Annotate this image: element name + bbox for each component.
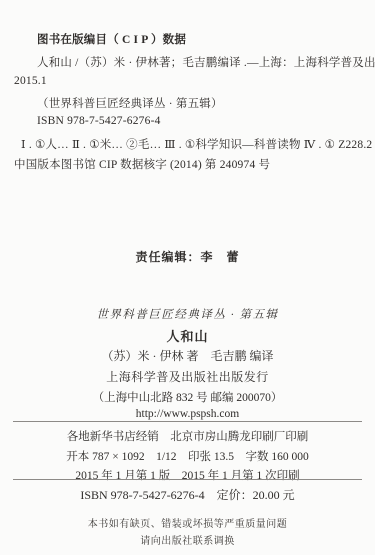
publisher-url: http://www.pspsh.com bbox=[0, 408, 375, 420]
cip-classification: Ⅰ . ①人… Ⅱ . ①米… ②毛… Ⅲ . ①科学知识—科普读物 Ⅳ . ①… bbox=[14, 136, 369, 152]
divider-top bbox=[13, 421, 362, 422]
cip-catalog-year: 2015.1 bbox=[14, 75, 369, 87]
cip-catalog-line: 人和山 /（苏）米 · 伊林著；毛吉鹏编译 .—上海：上海科学普及出版社， bbox=[14, 54, 369, 70]
quality-notice-line1: 本书如有缺页、错装或坏损等严重质量问题 bbox=[0, 515, 375, 530]
distribution-line: 各地新华书店经销 北京市房山腾龙印刷厂印刷 bbox=[0, 428, 375, 444]
cip-record-number: 中国版本图书馆 CIP 数据核字 (2014) 第 240974 号 bbox=[14, 156, 369, 172]
format-line: 开本 787 × 1092 1/12 印张 13.5 字数 160 000 bbox=[0, 448, 375, 464]
edition-line: 2015 年 1 月第 1 版 2015 年 1 月第 1 次印刷 bbox=[0, 467, 375, 483]
cip-heading: 图书在版编目（ C I P ）数据 bbox=[14, 31, 369, 47]
cip-series-paren: （世界科普巨匠经典译丛 · 第五辑） bbox=[14, 95, 369, 111]
quality-notice-line2: 请向出版社联系调换 bbox=[0, 532, 375, 547]
publisher-address: （上海中山北路 832 号 邮编 200070） bbox=[0, 389, 375, 405]
book-title: 人和山 bbox=[0, 326, 375, 345]
responsible-editor: 责任编辑：李 蕾 bbox=[0, 248, 375, 265]
cip-isbn: ISBN 978-7-5427-6276-4 bbox=[14, 115, 369, 127]
author-translator-line: （苏）米 · 伊林 著 毛吉鹏 编译 bbox=[0, 347, 375, 364]
copyright-page: 图书在版编目（ C I P ）数据 人和山 /（苏）米 · 伊林著；毛吉鹏编译 … bbox=[0, 0, 375, 555]
publisher-line: 上海科学普及出版社出版发行 bbox=[0, 368, 375, 385]
isbn-price-line: ISBN 978-7-5427-6276-4 定价：20.00 元 bbox=[0, 486, 375, 503]
divider-bottom bbox=[13, 479, 362, 480]
series-title: 世界科普巨匠经典译丛 · 第五辑 bbox=[0, 306, 375, 322]
